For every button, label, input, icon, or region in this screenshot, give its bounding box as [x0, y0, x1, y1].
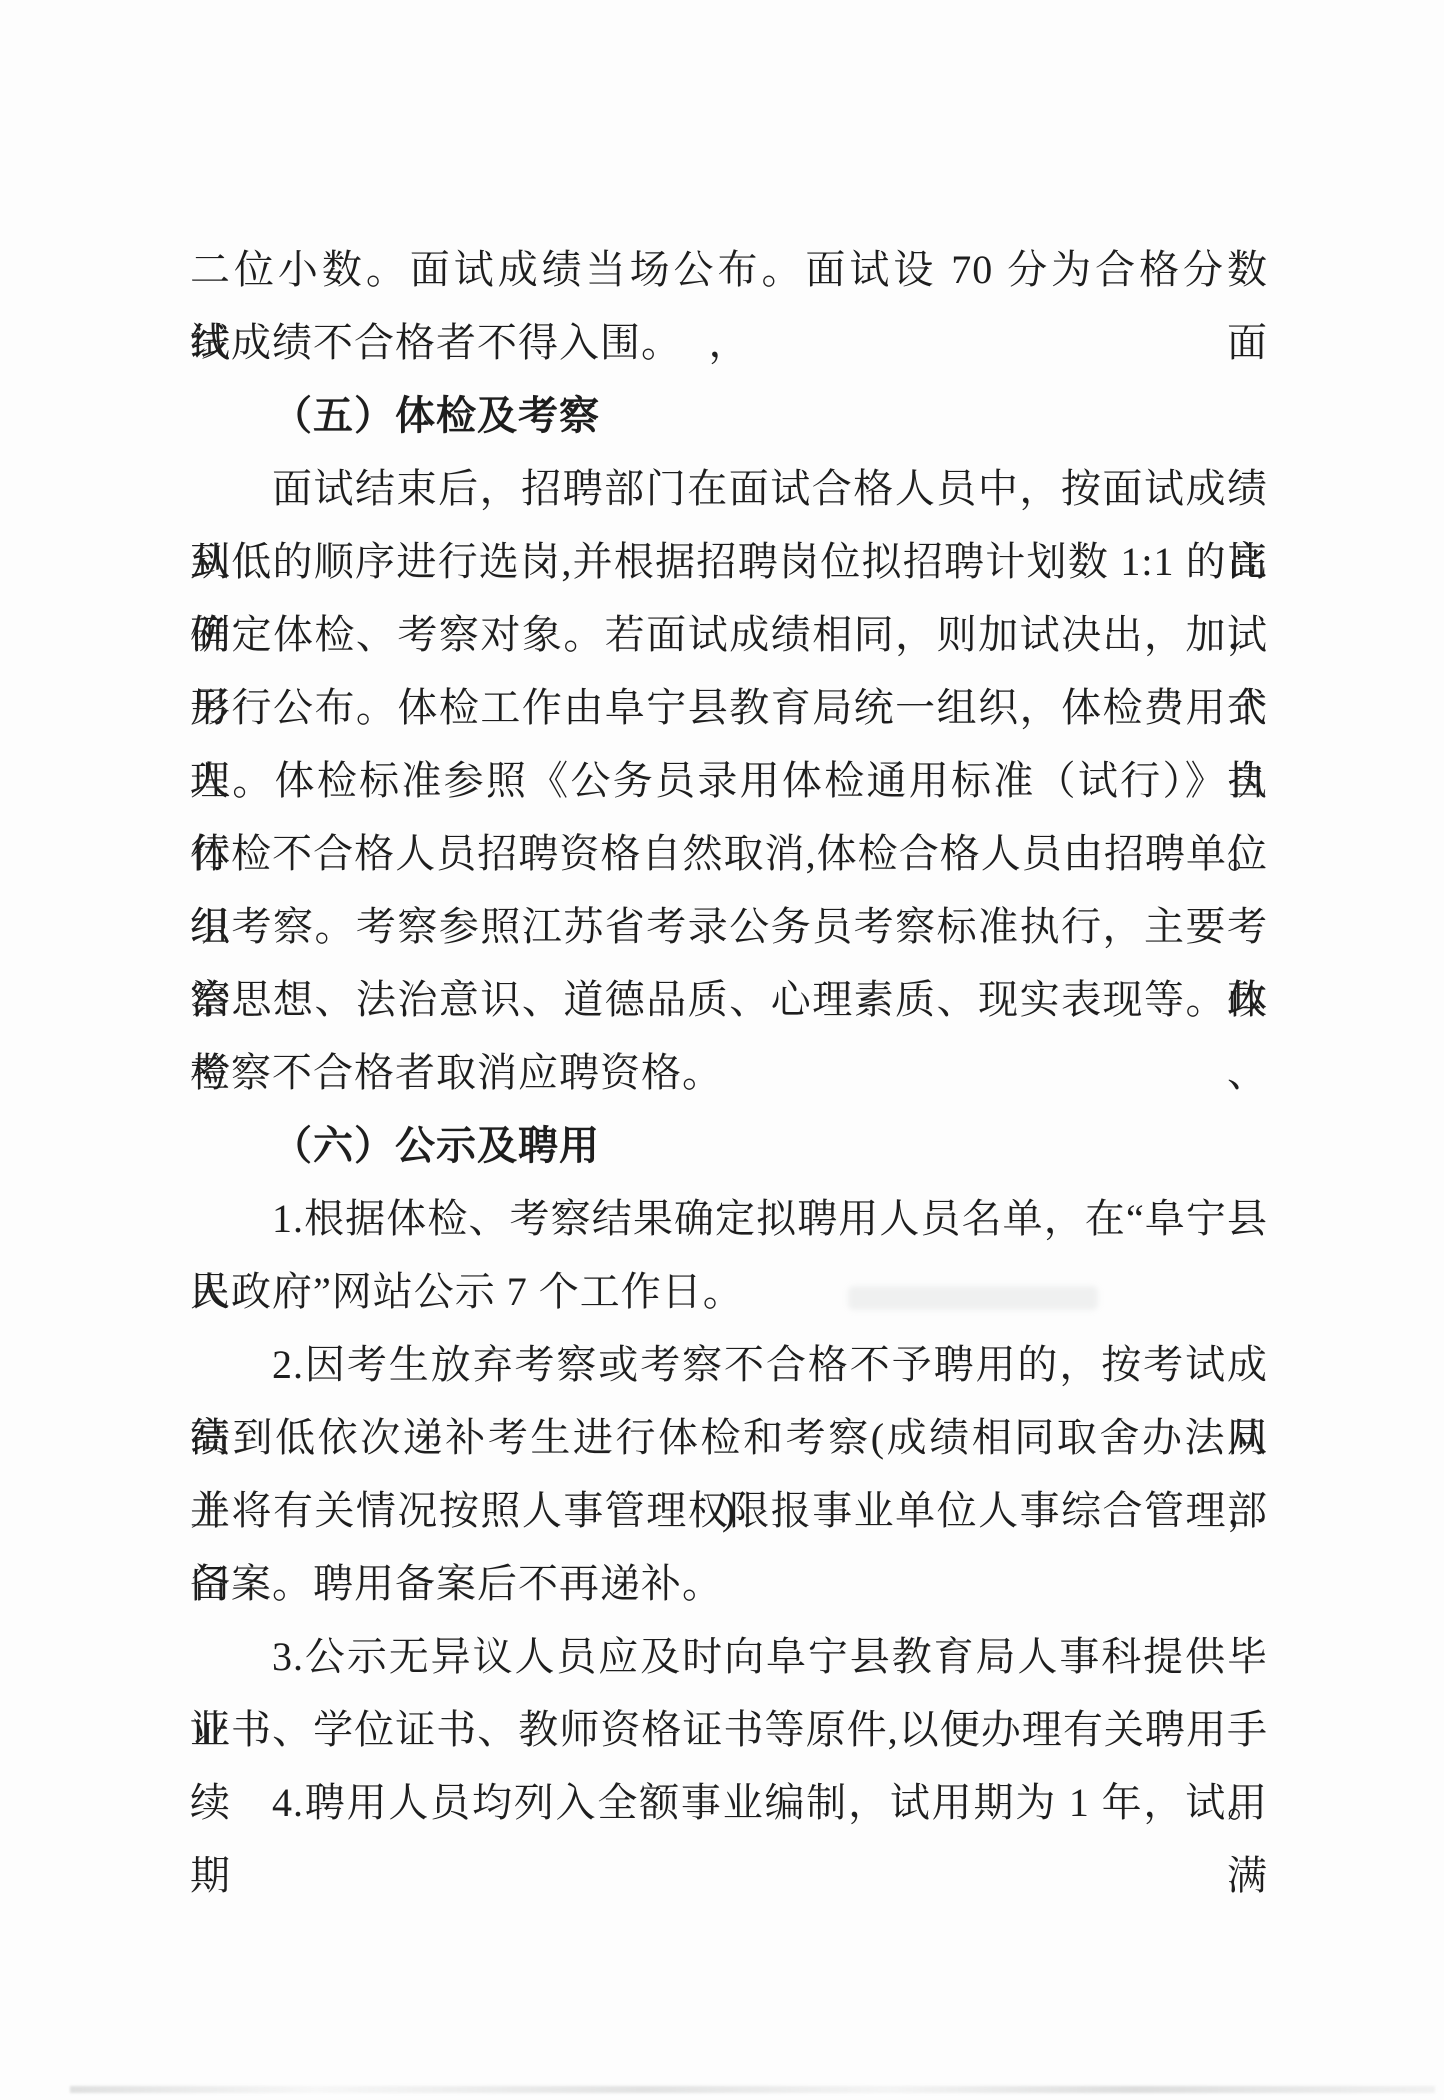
- text-line: 证书、学位证书、教师资格证书等原件,以便办理有关聘用手续。: [190, 1693, 1268, 1766]
- text-line: 另行公布。体检工作由阜宁县教育局统一组织，体检费用个人自: [190, 671, 1268, 744]
- section-heading: （五）体检及考察: [190, 379, 1268, 452]
- text-line: 理。体检标准参照《公务员录用体检通用标准（试行）》执行。: [190, 744, 1268, 817]
- scan-smudge-artifact: [848, 1286, 1098, 1310]
- text-line: 确定体检、考察对象。若面试成绩相同，则加试决出，加试形式: [190, 598, 1268, 671]
- text-line: 备案。聘用备案后不再递补。: [190, 1547, 1268, 1620]
- text-line: 4.聘用人员均列入全额事业编制，试用期为 1 年，试用期满: [190, 1766, 1268, 1839]
- text-block: 二位小数。面试成绩当场公布。面试设 70 分为合格分数线，面试成绩不合格者不得入…: [190, 233, 1268, 1839]
- text-line: 民政府”网站公示 7 个工作日。: [190, 1255, 1268, 1328]
- text-line: 织考察。考察参照江苏省考录公务员考察标准执行，主要考察政: [190, 890, 1268, 963]
- document-page: 二位小数。面试成绩当场公布。面试设 70 分为合格分数线，面试成绩不合格者不得入…: [0, 0, 1444, 2100]
- scan-edge-artifact: [70, 2086, 1435, 2093]
- text-line: 二位小数。面试成绩当场公布。面试设 70 分为合格分数线，面: [190, 233, 1268, 306]
- text-line: 体检不合格人员招聘资格自然取消,体检合格人员由招聘单位组: [190, 817, 1268, 890]
- text-line: 到低的顺序进行选岗,并根据招聘岗位拟招聘计划数 1:1 的比例，: [190, 525, 1268, 598]
- text-line: 2.因考生放弃考察或考察不合格不予聘用的，按考试成绩从: [190, 1328, 1268, 1401]
- section-heading: （六）公示及聘用: [190, 1109, 1268, 1182]
- text-line: 1.根据体检、考察结果确定拟聘用人员名单，在“阜宁县人: [190, 1182, 1268, 1255]
- text-line: 面试结束后，招聘部门在面试合格人员中，按面试成绩从高: [190, 452, 1268, 525]
- text-line: 3.公示无异议人员应及时向阜宁县教育局人事科提供毕业: [190, 1620, 1268, 1693]
- text-line: 治思想、法治意识、道德品质、心理素质、现实表现等。体检、: [190, 963, 1268, 1036]
- text-line: 并将有关情况按照人事管理权限报事业单位人事综合管理部门: [190, 1474, 1268, 1547]
- text-line: 高到低依次递补考生进行体检和考察(成绩相同取舍办法同上)，: [190, 1401, 1268, 1474]
